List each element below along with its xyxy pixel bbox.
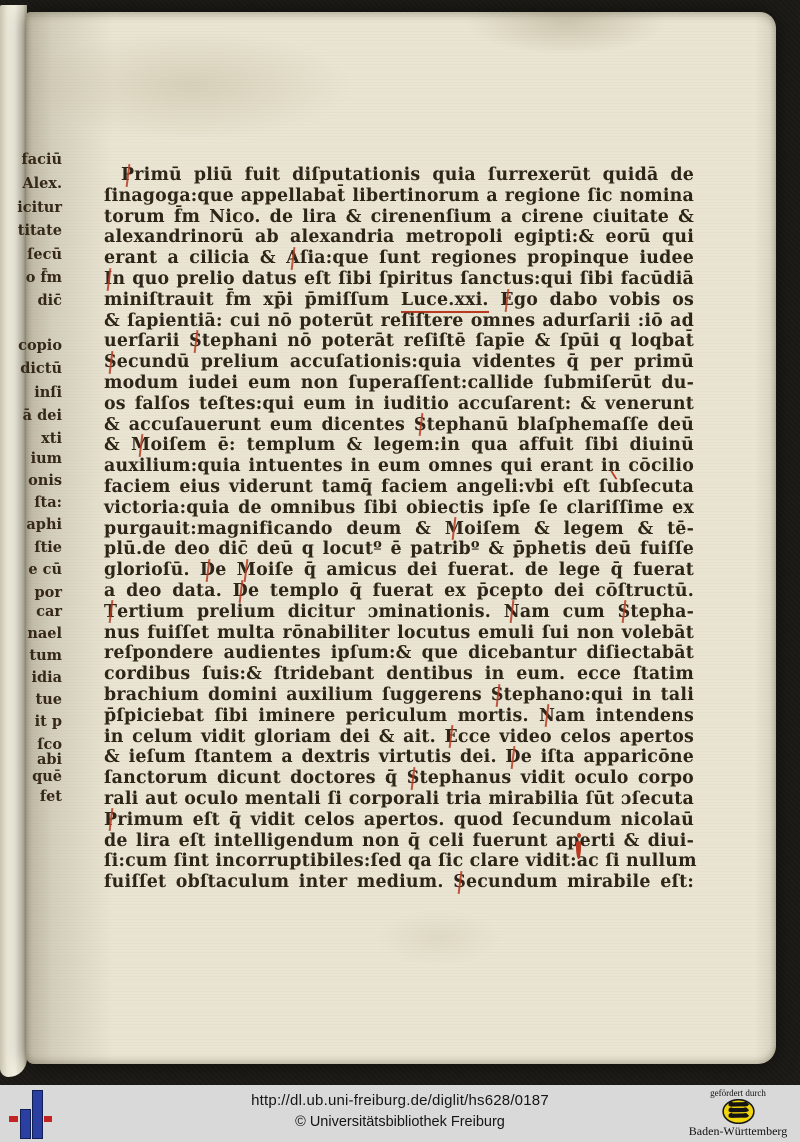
- copyright-text: © Universitätsbibliothek Freiburg: [0, 1114, 800, 1130]
- text-line: torum f̄m Nico. de lira & cirenenſium a …: [104, 207, 694, 228]
- text-line: victoria:quia de omnibus ſibi obiectis i…: [104, 498, 694, 519]
- rubricated-initial: P: [121, 165, 134, 186]
- text-block: Primū pliū fuit diſputationis quia ſurre…: [104, 165, 694, 893]
- text-line: & ieſum ſtantem a dextris virtutis dei. …: [104, 747, 694, 768]
- rubricated-initial: S: [104, 352, 117, 373]
- rubricated-initial: A: [286, 248, 300, 269]
- margin-fragment: fet: [0, 787, 62, 807]
- text-line: & Moiſem ē: templum & legem:in qua affui…: [104, 435, 694, 456]
- source-url: http://dl.ub.uni-freiburg.de/diglit/hs62…: [0, 1092, 800, 1109]
- margin-fragment: ſecū: [0, 245, 62, 265]
- text-line: modum iudei eum non ſuperaſſent:callide …: [104, 373, 694, 394]
- margin-fragment: quē: [0, 767, 62, 787]
- funder-block: gefördert durch Baden-Württemberg: [682, 1088, 794, 1138]
- screenshot-root: { "page_scan": { "paper_color": "#e9e5d2…: [0, 0, 800, 1142]
- footer-bar: http://dl.ub.uni-freiburg.de/diglit/hs62…: [0, 1085, 800, 1142]
- margin-fragment: ā dei: [0, 406, 62, 426]
- rubricated-initial: D: [505, 747, 520, 768]
- text-line: faciem eius viderunt tamq̄ faciem angeli…: [104, 477, 694, 498]
- text-line: auxilium:quia intuentes in eum omnes qui…: [104, 456, 694, 477]
- rubricated-initial: P: [104, 810, 117, 831]
- rubricated-initial: I: [104, 269, 112, 290]
- rubricated-initial: M: [131, 435, 150, 456]
- funder-label: gefördert durch: [682, 1088, 794, 1098]
- margin-fragment: copio: [0, 336, 62, 356]
- margin-fragment: xti: [0, 429, 62, 449]
- scan-area: Primū pliū fuit diſputationis quia ſurre…: [0, 0, 800, 1085]
- margin-fragment: ſta:: [0, 493, 62, 513]
- margin-fragment: idia: [0, 668, 62, 688]
- margin-fragment: tum: [0, 646, 62, 666]
- text-line: ſanctorum dicunt doctores q̄ Stephanus v…: [104, 768, 694, 789]
- text-line: in celum vidit gloriam dei & ait. Ecce v…: [104, 727, 694, 748]
- rubricated-initial: M: [237, 560, 256, 581]
- rubricated-initial: S: [189, 331, 202, 352]
- rubricated-initial: M: [445, 519, 464, 540]
- margin-fragment: nael: [0, 624, 62, 644]
- red-underlined-citation: Luce.xxi.: [401, 290, 489, 313]
- margin-fragment: dic̄: [0, 291, 62, 311]
- funder-name: Baden-Württemberg: [682, 1125, 794, 1138]
- text-line: & ſapientiā: cui nō poterūt reſiſtere om…: [104, 311, 694, 332]
- text-line: miniſtrauit f̄m xp̄i p̄miſſum Luce.xxi. …: [104, 290, 694, 311]
- margin-fragment: onis: [0, 471, 62, 491]
- text-line: glorioſū. De Moiſe q̄ amicus dei fuerat.…: [104, 560, 694, 581]
- margin-fragment: tue: [0, 690, 62, 710]
- text-line: Primum eſt q̄ vidit celos apertos. quod …: [104, 810, 694, 831]
- text-line: fuiſſet obſtaculum inter medium. Secundu…: [104, 872, 694, 893]
- rubricated-initial: E: [500, 290, 513, 311]
- margin-fragment: por: [0, 583, 62, 603]
- margin-fragment: dictū: [0, 359, 62, 379]
- text-line: de lira eſt intelligendum non q̄ celi fu…: [104, 831, 694, 852]
- rubricated-initial: D: [200, 560, 215, 581]
- text-line: uerſarii Stephani nō poterāt reſiſtē ſap…: [104, 331, 694, 352]
- margin-fragment: Alex.: [0, 174, 62, 194]
- text-line: os falſos teſtes:qui eum in iuditio accu…: [104, 394, 694, 415]
- margin-fragment: o f̄m: [0, 268, 62, 288]
- rubricated-initial: D: [233, 581, 248, 602]
- text-line: ſi:cum ſint incorruptibiles:ſed qa ſic c…: [104, 851, 694, 872]
- rubricated-initial: N: [504, 602, 520, 623]
- margin-fragment: aphi: [0, 515, 62, 535]
- margin-fragment: titate: [0, 221, 62, 241]
- rubricated-initial: T: [104, 602, 117, 623]
- text-line: In quo prelio datus eſt ſibi ſpiritus ſa…: [104, 269, 694, 290]
- text-line: reſpondere audientes ipſum:& que diceban…: [104, 643, 694, 664]
- rubricated-initial: S: [491, 685, 504, 706]
- margin-fragment: inſi: [0, 383, 62, 403]
- rubricated-initial: S: [618, 602, 631, 623]
- margin-fragment: faciū: [0, 150, 62, 170]
- text-line: cordibus ſuis:& ſtridebant dentibus in e…: [104, 664, 694, 685]
- red-ink-exclamation-mark: [576, 833, 582, 861]
- rubricated-initial: S: [414, 415, 427, 436]
- text-line: brachium domini auxilium ſuggerens Steph…: [104, 685, 694, 706]
- text-line: alexandrinorū ab alexandria metropoli eg…: [104, 227, 694, 248]
- text-line: purgauit:magnificando deum & Moiſem & le…: [104, 519, 694, 540]
- margin-fragment: it p: [0, 712, 62, 732]
- text-line: a deo data. De templo q̄ fuerat ex p̄cep…: [104, 581, 694, 602]
- margin-fragment: ſtie: [0, 538, 62, 558]
- rubricated-initial: S: [453, 872, 466, 893]
- text-line: p̄ſpiciebat ſibi iminere periculum morti…: [104, 706, 694, 727]
- text-line: rali aut oculo mentali ſi corporali tria…: [104, 789, 694, 810]
- margin-fragment: car: [0, 602, 62, 622]
- text-line: plū.de deo dic̄ deū q locutº ē patribº &…: [104, 539, 694, 560]
- margin-fragment: e cū: [0, 560, 62, 580]
- margin-fragment: icitur: [0, 198, 62, 218]
- text-line: Secundū prelium accuſationis:quia vident…: [104, 352, 694, 373]
- baden-wuerttemberg-coat-of-arms: [722, 1099, 755, 1124]
- text-line: erant a cilicia & Aſia:que ſunt regiones…: [104, 248, 694, 269]
- text-line: ſinagoga:que appellabat̄ libertinorum a …: [104, 186, 694, 207]
- margin-fragment: ium: [0, 449, 62, 469]
- rubricated-initial: E: [444, 727, 457, 748]
- text-line: & accuſauerunt eum dicentes Stephanū bla…: [104, 415, 694, 436]
- text-line: Primū pliū fuit diſputationis quia ſurre…: [104, 165, 694, 186]
- text-line: Tertium prelium dicitur ɔminationis. Nam…: [104, 602, 694, 623]
- rubricated-initial: S: [407, 768, 420, 789]
- rubricated-initial: N: [539, 706, 555, 727]
- text-line: nus fuiſſet multa rōnabiliter locutus em…: [104, 623, 694, 644]
- three-lions-icon: [728, 1102, 749, 1118]
